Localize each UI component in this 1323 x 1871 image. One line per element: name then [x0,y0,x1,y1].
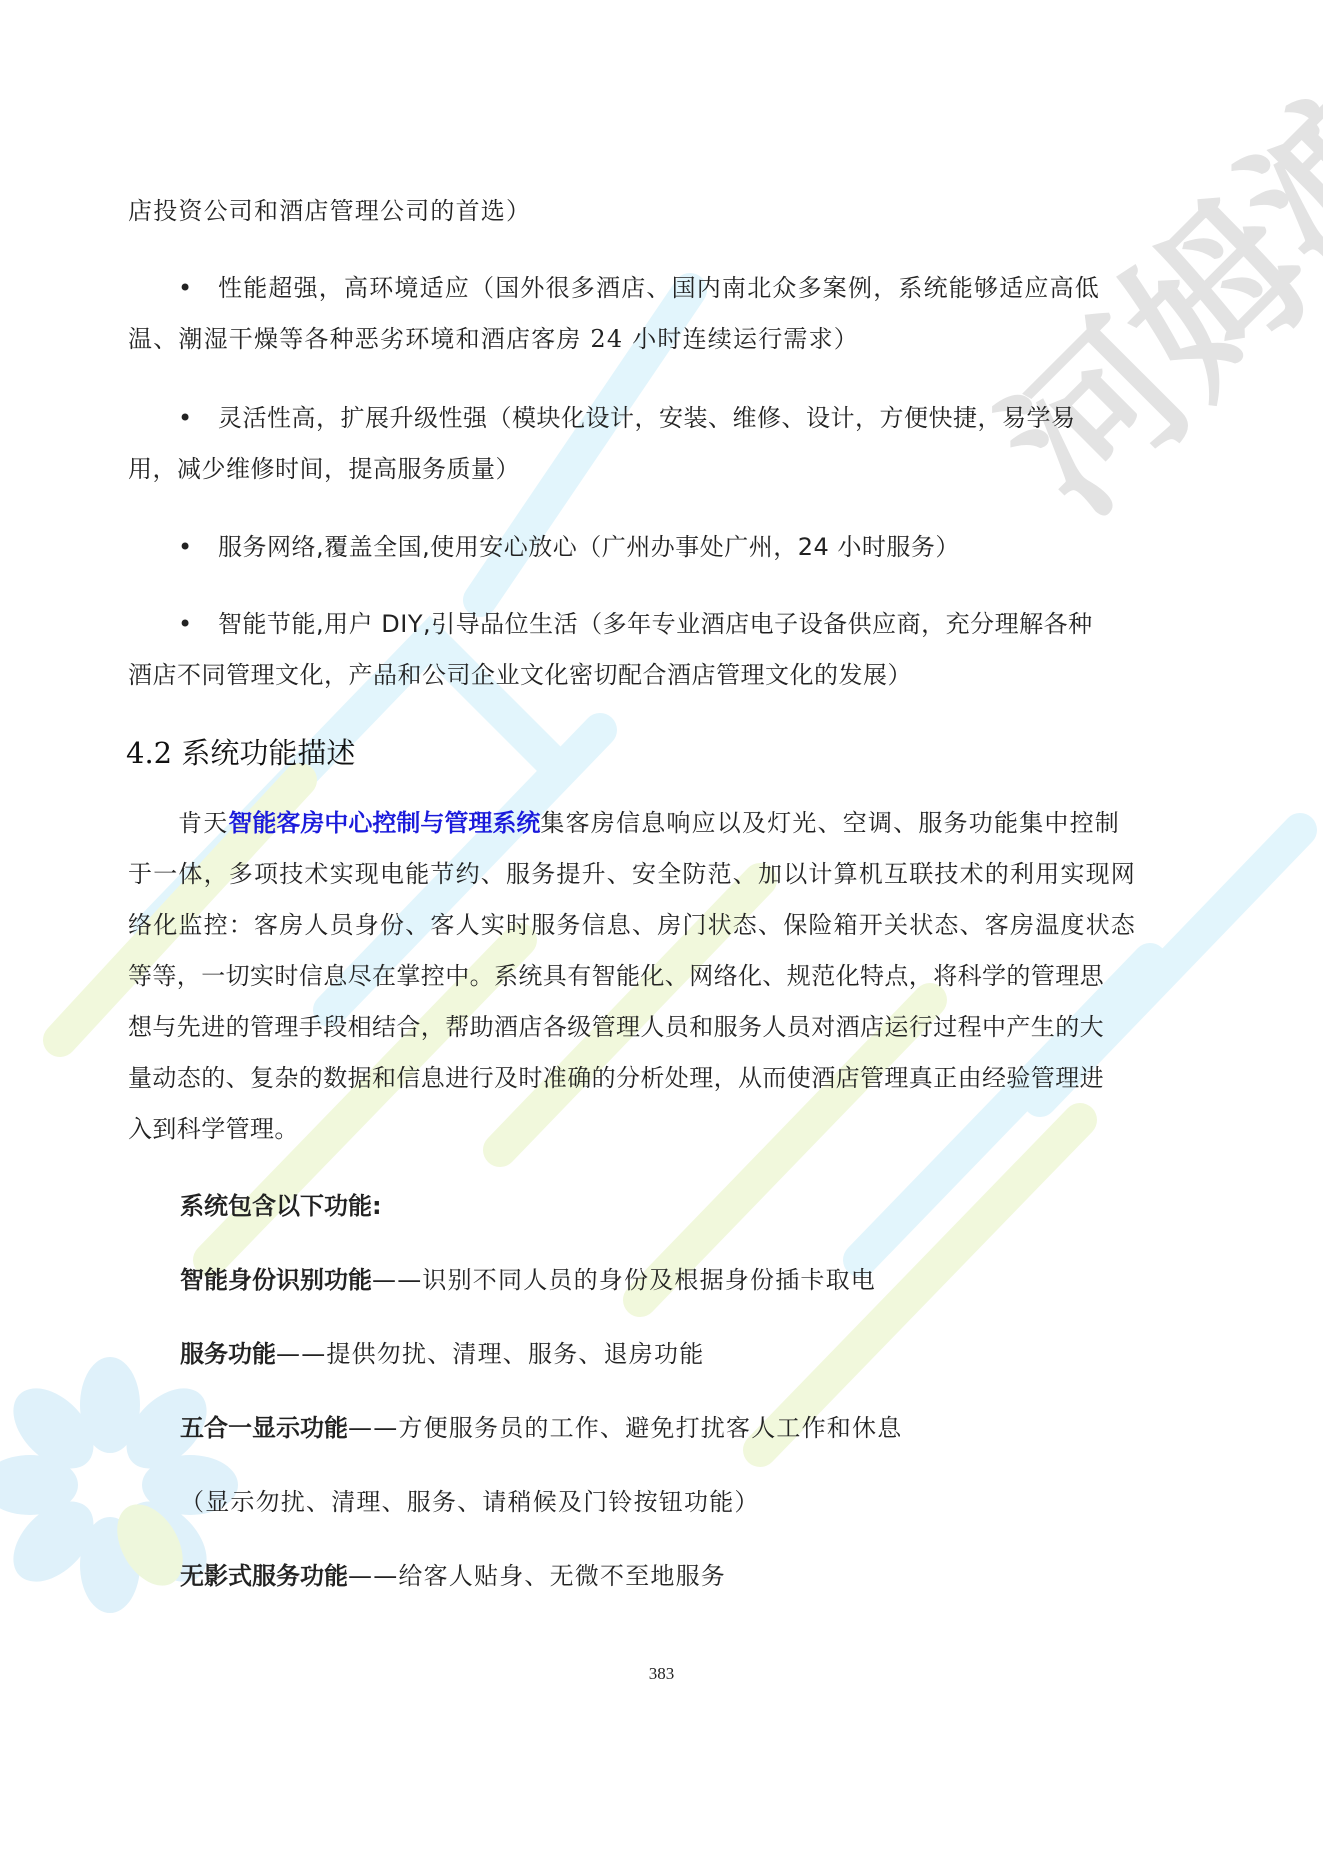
feature-name: 五合一显示功能 [180,1414,348,1442]
feature-note: （显示勿扰、清理、服务、请稍候及门铃按钮功能） [180,1486,760,1518]
bullet-text: 智能节能,用户 DIY,引导品位生活（多年专业酒店电子设备供应商，充分理解各种 [218,610,1093,638]
bullet-item: •灵活性高，扩展升级性强（模块化设计，安装、维修、设计，方便快捷，易学易 [178,402,1076,434]
feature-item: 智能身份识别功能——识别不同人员的身份及根据身份插卡取电 [180,1264,876,1296]
bullet-icon: • [178,531,218,563]
bullet-icon: • [178,272,218,304]
features-title: 系统包含以下功能: [180,1190,382,1222]
feature-separator: —— [348,1414,398,1442]
bullet-continuation: 用，减少维修时间，提高服务质量） [128,453,520,485]
bullet-item: •智能节能,用户 DIY,引导品位生活（多年专业酒店电子设备供应商，充分理解各种 [178,608,1093,640]
intro-line: 入到科学管理。 [128,1113,299,1145]
intro-text: 集客房信息响应以及灯光、空调、服务功能集中控制 [540,809,1120,837]
page-number: 383 [0,1664,1323,1684]
intro-line: 于一体，多项技术实现电能节约、服务提升、安全防范、加以计算机互联技术的利用实现网 [128,858,1136,890]
feature-desc: 给客人贴身、无微不至地服务 [398,1562,726,1590]
intro-prefix: 肯天 [178,809,228,837]
feature-desc: 方便服务员的工作、避免打扰客人工作和休息 [398,1414,902,1442]
feature-separator: —— [348,1562,398,1590]
bullet-continuation: 温、潮湿干燥等各种恶劣环境和酒店客房 24 小时连续运行需求） [128,323,859,355]
product-name-link: 智能客房中心控制与管理系统 [228,809,540,837]
feature-name: 服务功能 [180,1340,276,1368]
intro-line: 等等，一切实时信息尽在掌控中。系统具有智能化、网络化、规范化特点，将科学的管理思 [128,960,1104,992]
bullet-icon: • [178,402,218,434]
feature-desc: 识别不同人员的身份及根据身份插卡取电 [422,1266,876,1294]
intro-line: 量动态的、复杂的数据和信息进行及时准确的分析处理，从而使酒店管理真正由经验管理进 [128,1062,1104,1094]
feature-separator: —— [276,1340,326,1368]
section-heading: 4.2 系统功能描述 [126,735,355,771]
bullet-text: 灵活性高，扩展升级性强（模块化设计，安装、维修、设计，方便快捷，易学易 [218,404,1076,432]
bullet-item: •性能超强，高环境适应（国外很多酒店、国内南北众多案例，系统能够适应高低 [178,272,1100,304]
bullet-text: 性能超强，高环境适应（国外很多酒店、国内南北众多案例，系统能够适应高低 [218,274,1100,302]
feature-item: 服务功能——提供勿扰、清理、服务、退房功能 [180,1338,704,1370]
feature-item: 无影式服务功能——给客人贴身、无微不至地服务 [180,1560,726,1592]
bullet-continuation: 酒店不同管理文化，产品和公司企业文化密切配合酒店管理文化的发展） [128,659,912,691]
bullet-item: •服务网络,覆盖全国,使用安心放心（广州办事处广州，24 小时服务） [178,531,960,563]
bullet-icon: • [178,608,218,640]
feature-name: 无影式服务功能 [180,1562,348,1590]
intro-line: 想与先进的管理手段相结合，帮助酒店各级管理人员和服务人员对酒店运行过程中产生的大 [128,1011,1104,1043]
intro-first-line: 肯天智能客房中心控制与管理系统集客房信息响应以及灯光、空调、服务功能集中控制 [178,807,1120,839]
document-page: 店投资公司和酒店管理公司的首选） •性能超强，高环境适应（国外很多酒店、国内南北… [0,0,1323,1871]
feature-name: 智能身份识别功能 [180,1266,372,1294]
feature-separator: —— [372,1266,422,1294]
bullet-text: 服务网络,覆盖全国,使用安心放心（广州办事处广州，24 小时服务） [218,533,960,561]
feature-desc: 提供勿扰、清理、服务、退房功能 [326,1340,704,1368]
continuation-text: 店投资公司和酒店管理公司的首选） [128,195,531,227]
feature-item: 五合一显示功能——方便服务员的工作、避免打扰客人工作和休息 [180,1412,902,1444]
intro-line: 络化监控：客房人员身份、客人实时服务信息、房门状态、保险箱开关状态、客房温度状态 [128,909,1136,941]
